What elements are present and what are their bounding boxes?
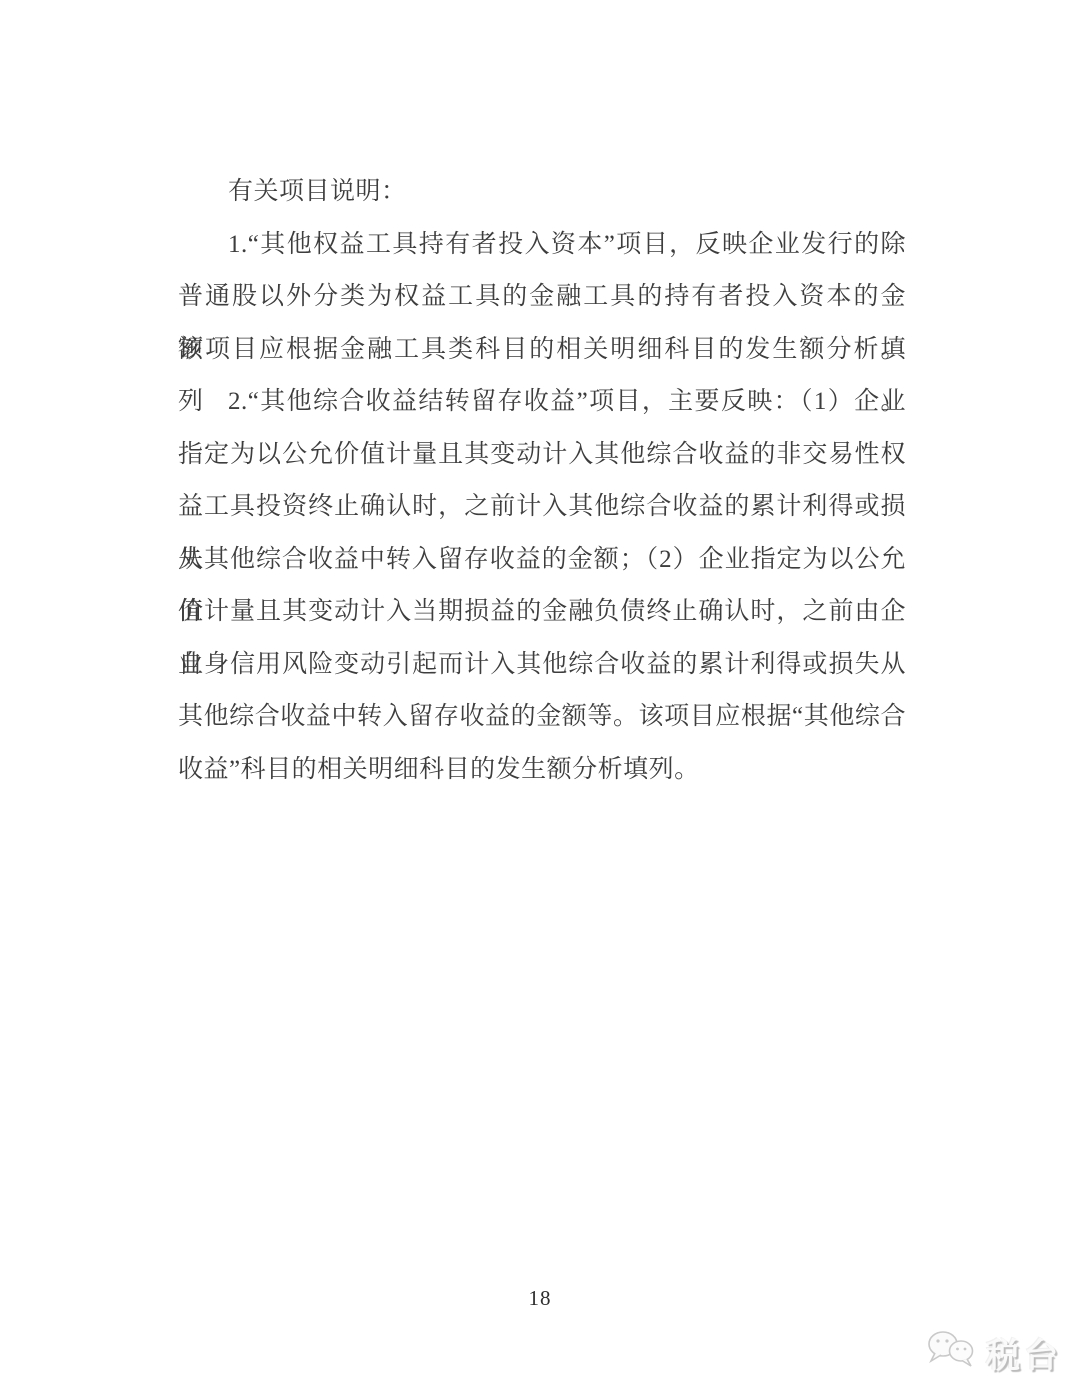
wechat-icon (926, 1329, 978, 1376)
document-body: 有关项目说明： 1.“其他权益工具持有者投入资本”项目，反映企业发行的除 普通股… (178, 166, 906, 796)
paragraph-line: 收益”科目的相关明细科目的发生额分析填列。 (178, 744, 906, 797)
paragraph-line: 其他综合收益中转入留存收益的金额等。该项目应根据“其他综合 (178, 691, 906, 744)
paragraph-line: 自身信用风险变动引起而计入其他综合收益的累计利得或损失从 (178, 639, 906, 692)
paragraph-line: 指定为以公允价值计量且其变动计入其他综合收益的非交易性权 (178, 429, 906, 482)
paragraph-line: 普通股以外分类为权益工具的金融工具的持有者投入资本的金额。 (178, 271, 906, 324)
paragraph-line: 1.“其他权益工具持有者投入资本”项目，反映企业发行的除 (178, 219, 906, 272)
paragraph-line: 益工具投资终止确认时，之前计入其他综合收益的累计利得或损失 (178, 481, 906, 534)
paragraph-line: 有关项目说明： (178, 166, 906, 219)
page-number: 18 (0, 1286, 1080, 1311)
paragraph-line: 该项目应根据金融工具类科目的相关明细科目的发生额分析填列。 (178, 324, 906, 377)
watermark: 税台 (926, 1328, 1062, 1377)
paragraph-line: 从其他综合收益中转入留存收益的金额；（2）企业指定为以公允价 (178, 534, 906, 587)
paragraph-line: 2.“其他综合收益结转留存收益”项目，主要反映：（1）企业 (178, 376, 906, 429)
paragraph-line: 值计量且其变动计入当期损益的金融负债终止确认时，之前由企业 (178, 586, 906, 639)
watermark-label: 税台 (986, 1328, 1062, 1377)
document-page: 有关项目说明： 1.“其他权益工具持有者投入资本”项目，反映企业发行的除 普通股… (0, 0, 1080, 1398)
